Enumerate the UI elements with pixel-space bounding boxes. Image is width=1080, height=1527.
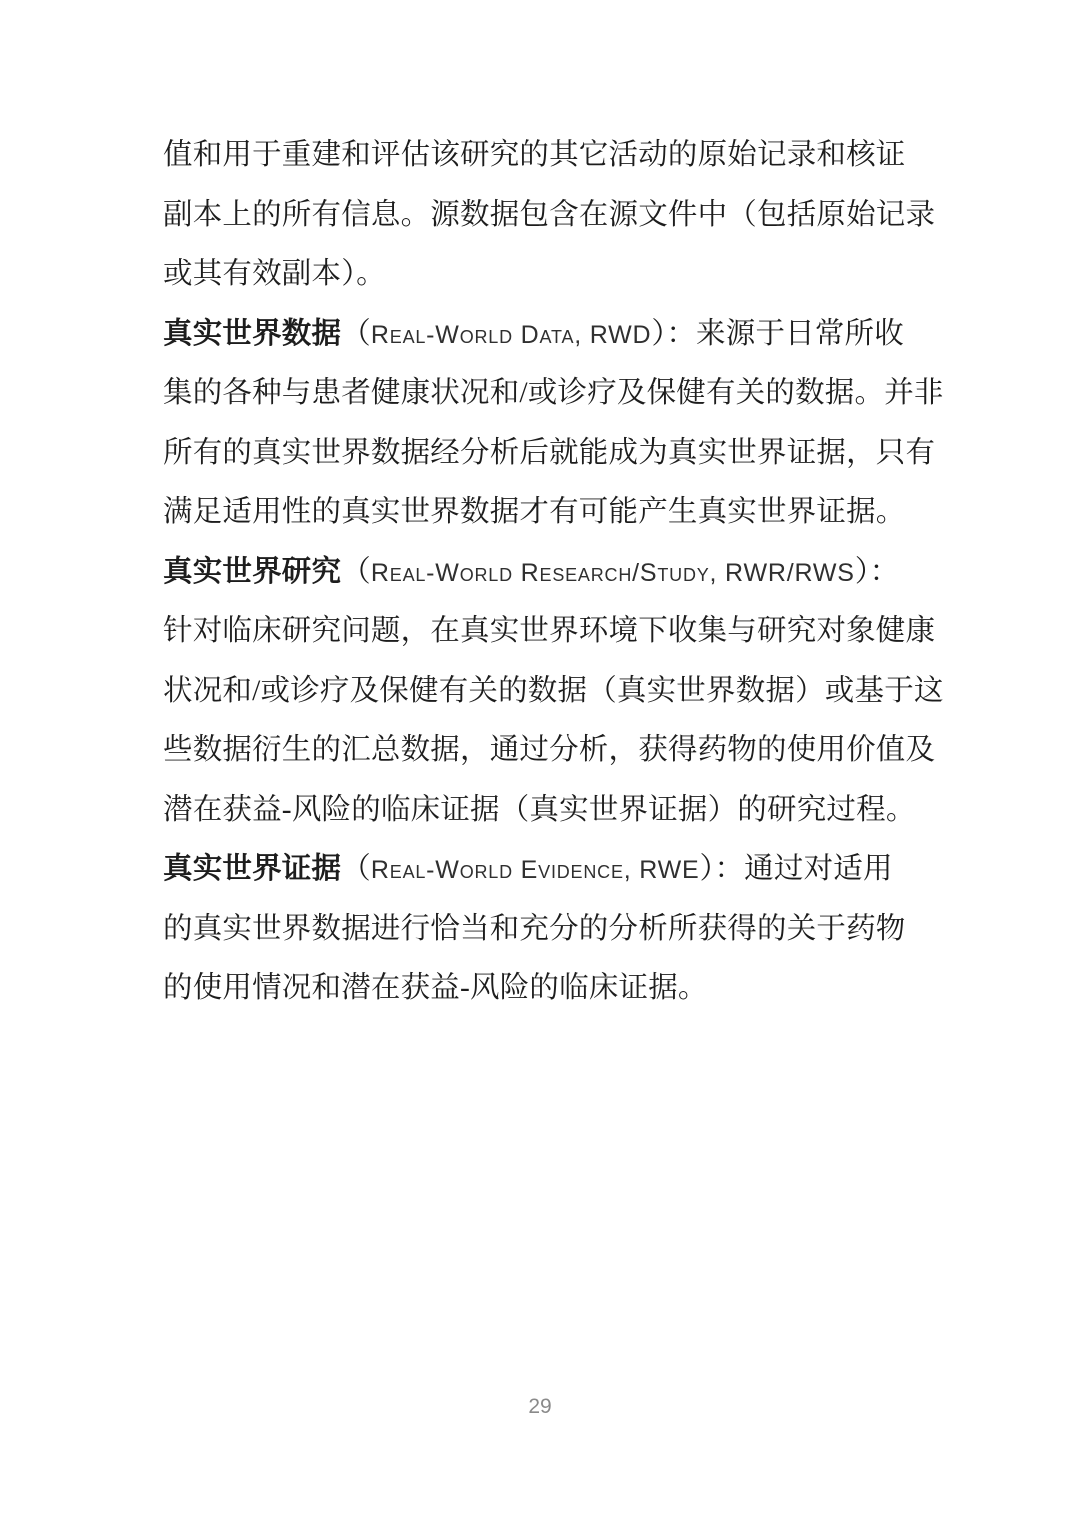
term-label: 真实世界数据 (163, 318, 341, 350)
body-text-segment: 满足适用性的真实世界数据才有可能产生真实世界证据。 (163, 496, 906, 528)
english-term-text: Real-World Evidence, RWE (371, 856, 700, 884)
body-text-segment: 值和用于重建和评估该研究的其它活动的原始记录和核证 (163, 139, 906, 171)
english-term-text: Real-World Research/Study, RWR/RWS (371, 559, 855, 587)
text-line: 所有的真实世界数据经分析后就能成为真实世界证据，只有 (163, 424, 963, 484)
body-text-segment: 所有的真实世界数据经分析后就能成为真实世界证据，只有 (163, 437, 935, 469)
body-text: 值和用于重建和评估该研究的其它活动的原始记录和核证副本上的所有信息。源数据包含在… (163, 126, 963, 1019)
body-text-segment: ）： (855, 556, 900, 588)
text-line: 满足适用性的真实世界数据才有可能产生真实世界证据。 (163, 483, 963, 543)
term-label: 真实世界研究 (163, 556, 341, 588)
text-line: 的使用情况和潜在获益-风险的临床证据。 (163, 959, 963, 1019)
body-text-segment: ）：来源于日常所收 (651, 318, 904, 350)
body-text-segment: 的真实世界数据进行恰当和充分的分析所获得的关于药物 (163, 913, 906, 945)
text-line: 集的各种与患者健康状况和/或诊疗及保健有关的数据。并非 (163, 364, 963, 424)
body-text-segment: 些数据衍生的汇总数据，通过分析，获得药物的使用价值及 (163, 734, 935, 766)
body-text-segment: 针对临床研究问题，在真实世界环境下收集与研究对象健康 (163, 615, 935, 647)
term-label: 真实世界证据 (163, 853, 341, 885)
text-line: 真实世界研究（Real-World Research/Study, RWR/RW… (163, 543, 963, 603)
body-text-segment: 副本上的所有信息。源数据包含在源文件中（包括原始记录 (163, 199, 935, 231)
body-text-segment: 的使用情况和潜在获益-风险的临床证据。 (163, 972, 708, 1004)
text-line: 些数据衍生的汇总数据，通过分析，获得药物的使用价值及 (163, 721, 963, 781)
text-line: 值和用于重建和评估该研究的其它活动的原始记录和核证 (163, 126, 963, 186)
body-text-segment: 潜在获益-风险的临床证据（真实世界证据）的研究过程。 (163, 794, 916, 826)
text-line: 针对临床研究问题，在真实世界环境下收集与研究对象健康 (163, 602, 963, 662)
text-line: 状况和/或诊疗及保健有关的数据（真实世界数据）或基于这 (163, 662, 963, 722)
text-line: 潜在获益-风险的临床证据（真实世界证据）的研究过程。 (163, 781, 963, 841)
body-text-segment: （ (341, 556, 371, 588)
page-number: 29 (0, 1392, 1080, 1422)
body-text-segment: 状况和/或诊疗及保健有关的数据（真实世界数据）或基于这 (163, 675, 944, 707)
english-term-text: Real-World Data, RWD (371, 321, 652, 349)
body-text-segment: 或其有效副本）。 (163, 258, 386, 290)
document-page: 值和用于重建和评估该研究的其它活动的原始记录和核证副本上的所有信息。源数据包含在… (0, 0, 1080, 1527)
body-text-segment: （ (341, 853, 371, 885)
text-line: 副本上的所有信息。源数据包含在源文件中（包括原始记录 (163, 186, 963, 246)
text-line: 真实世界证据（Real-World Evidence, RWE）：通过对适用 (163, 840, 963, 900)
text-line: 真实世界数据（Real-World Data, RWD）：来源于日常所收 (163, 305, 963, 365)
body-text-segment: 集的各种与患者健康状况和/或诊疗及保健有关的数据。并非 (163, 377, 944, 409)
body-text-segment: ）：通过对适用 (700, 853, 893, 885)
text-line: 或其有效副本）。 (163, 245, 963, 305)
text-line: 的真实世界数据进行恰当和充分的分析所获得的关于药物 (163, 900, 963, 960)
body-text-segment: （ (341, 318, 371, 350)
